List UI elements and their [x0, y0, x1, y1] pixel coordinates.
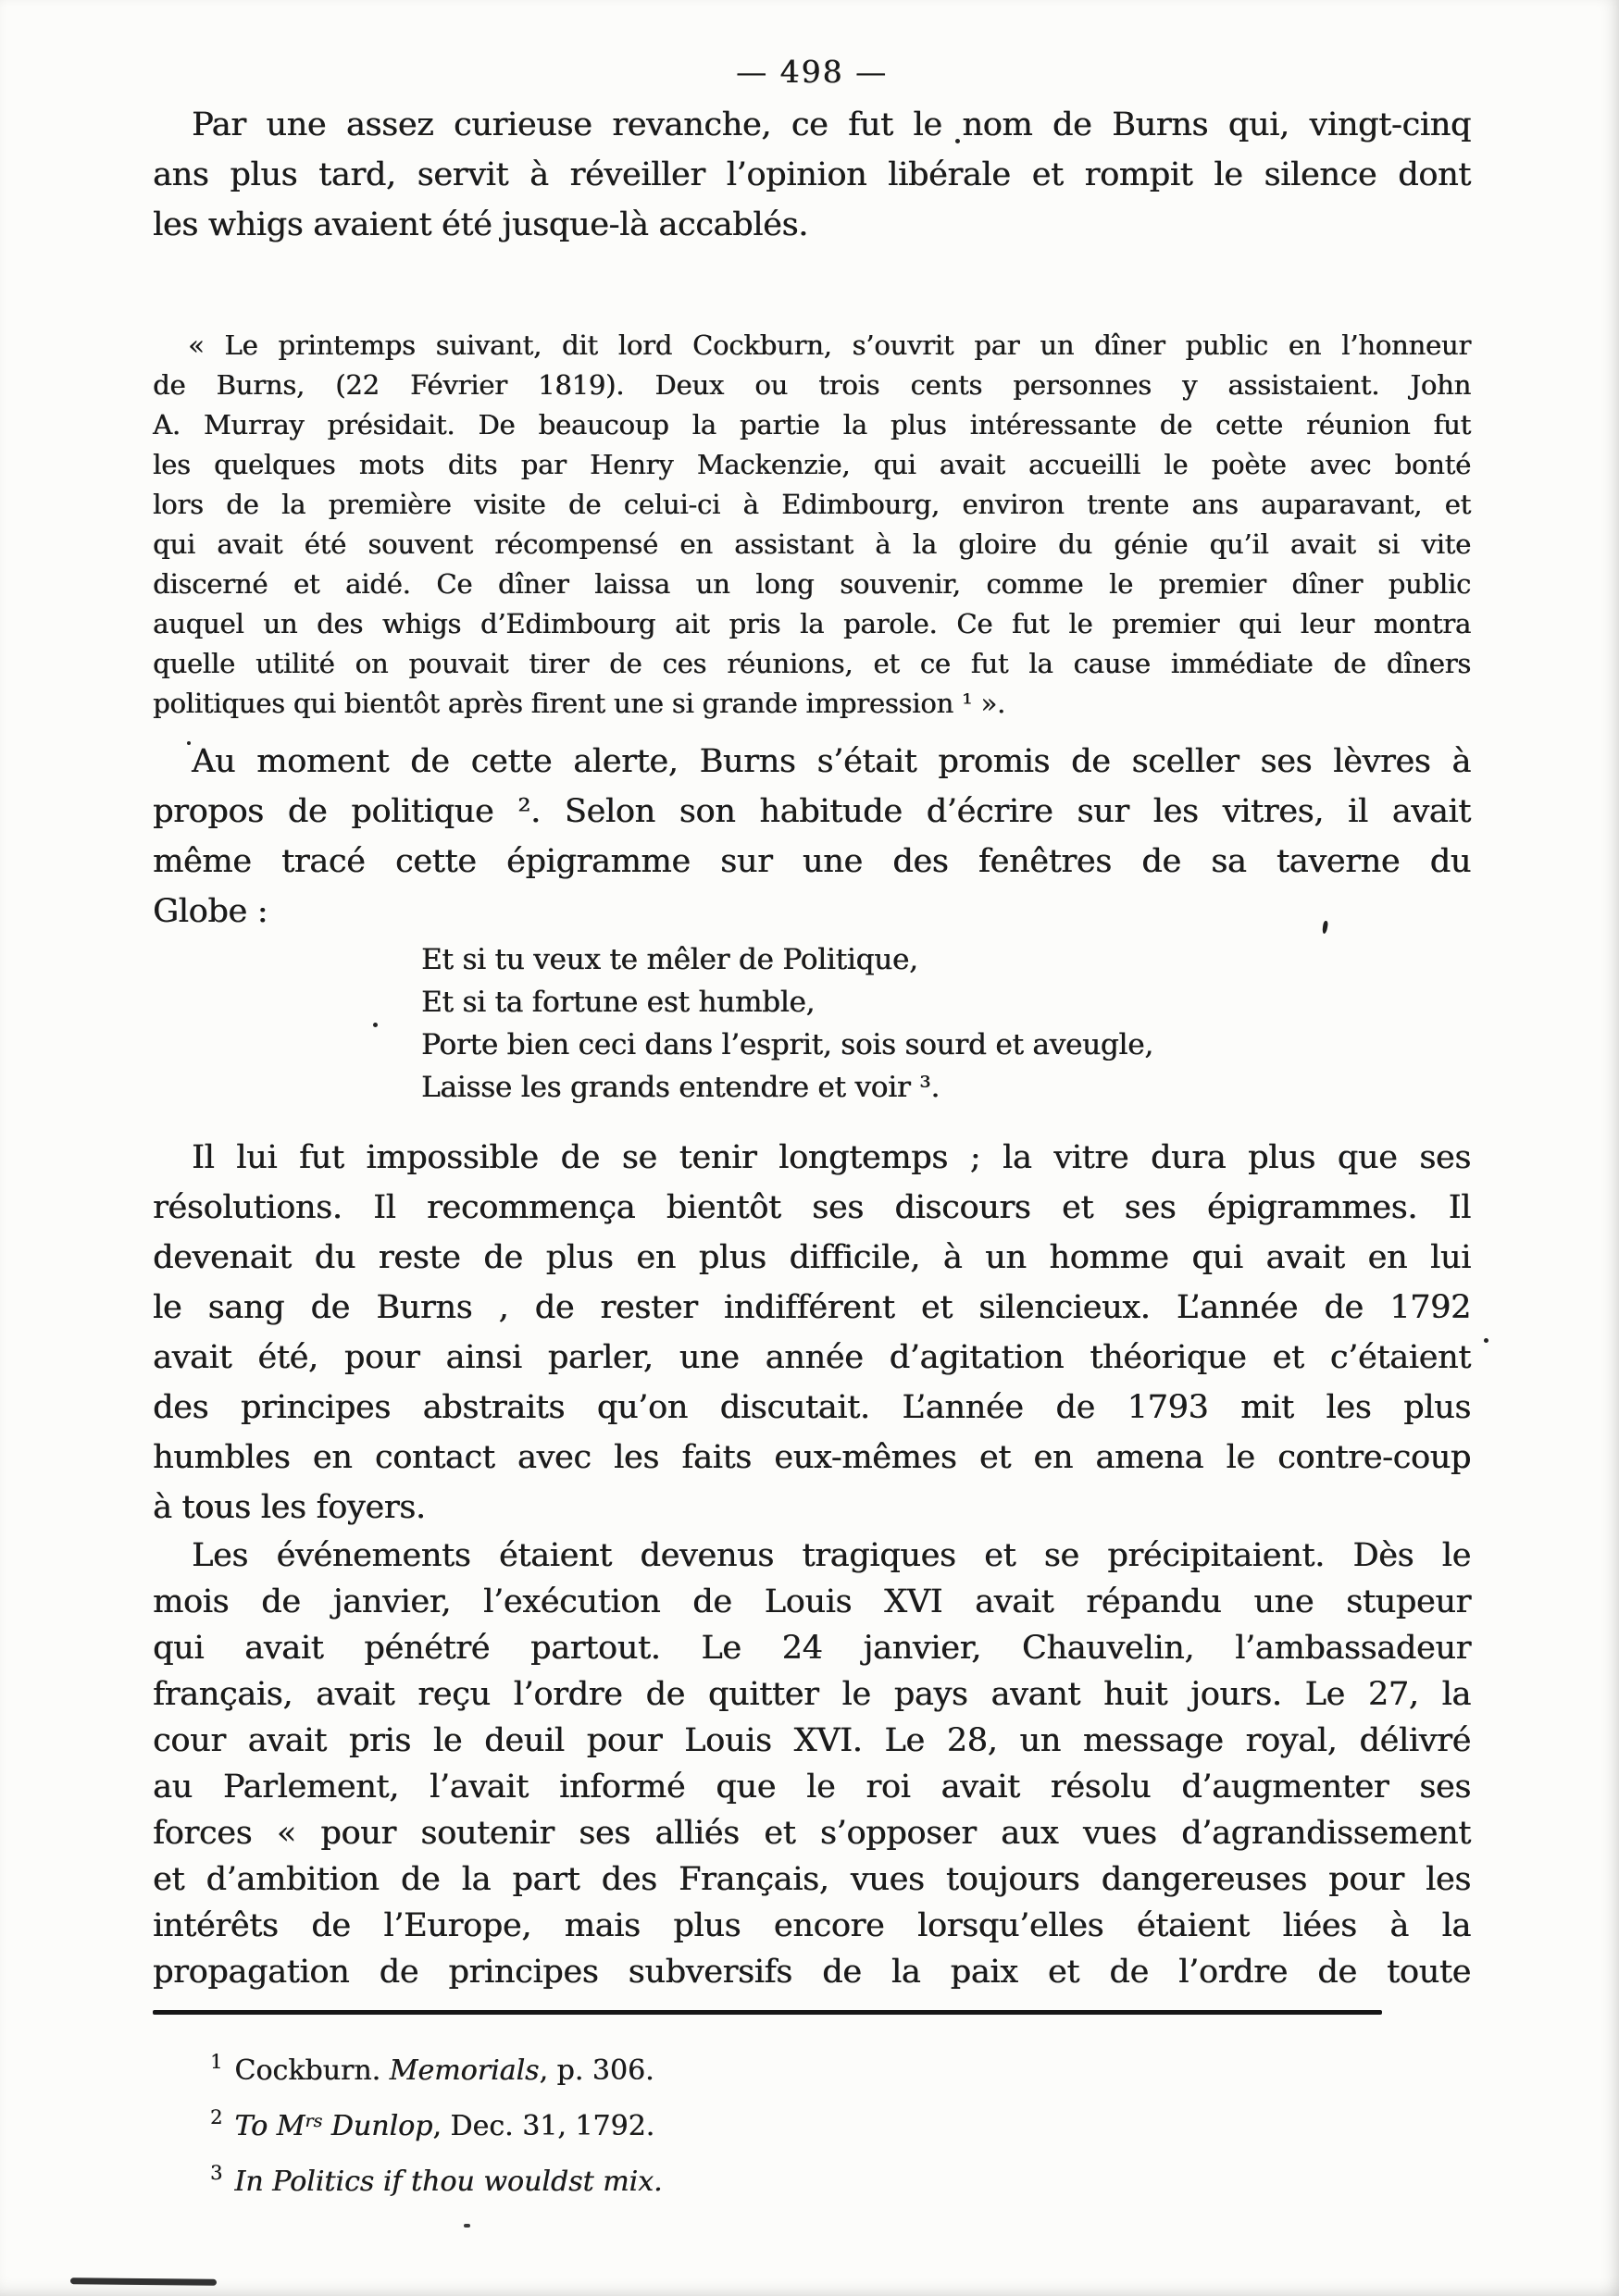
text-line: les whigs avaient été jusque-là accablés… — [153, 200, 1471, 250]
text-line: Et si ta fortune est humble, — [421, 981, 1471, 1024]
text-line: résolutions. Il recommença bientôt ses d… — [153, 1183, 1471, 1233]
text-line: ans plus tard, servit à réveiller l’opin… — [153, 150, 1471, 200]
text-line: Par une assez curieuse revanche, ce fut … — [153, 100, 1471, 150]
text-line: Et si tu veux te mêler de Politique, — [421, 938, 1471, 981]
text-line: « Le printemps suivant, dit lord Cockbur… — [153, 326, 1471, 366]
text-line: intérêts de l’Europe, mais plus encore l… — [153, 1903, 1471, 1949]
text-line: même tracé cette épigramme sur une des f… — [153, 837, 1471, 887]
text-line: mois de janvier, l’exécution de Louis XV… — [153, 1579, 1471, 1625]
text-line: Au moment de cette alerte, Burns s’était… — [153, 737, 1471, 787]
text-line: au Parlement, l’avait informé que le roi… — [153, 1764, 1471, 1810]
footnote-text-italic: In Politics if thou wouldst mix. — [234, 2166, 662, 2198]
footnote-2: 2To Mrs Dunlop, Dec. 31, 1792. — [210, 2094, 1471, 2150]
text-line: le sang de Burns , de rester indifférent… — [153, 1283, 1471, 1333]
paragraph-au-moment: Au moment de cette alerte, Burns s’était… — [153, 737, 1471, 937]
scan-speck — [464, 2224, 470, 2228]
text-column: — 498 — Par une assez curieuse revanche,… — [153, 52, 1471, 2205]
text-line: des principes abstraits qu’on discutait.… — [153, 1383, 1471, 1433]
text-line: les quelques mots dits par Henry Mackenz… — [153, 445, 1471, 485]
epigram-verse: Et si tu veux te mêler de Politique,Et s… — [421, 938, 1471, 1109]
footnote-rule — [153, 2010, 1382, 2015]
footnote-marker: 3 — [210, 2162, 222, 2184]
text-line: qui avait pénétré partout. Le 24 janvier… — [153, 1625, 1471, 1671]
text-line: français, avait reçu l’ordre de quitter … — [153, 1671, 1471, 1718]
text-line: forces « pour soutenir ses alliés et s’o… — [153, 1810, 1471, 1856]
page-number: — 498 — — [153, 52, 1471, 93]
scan-smudge — [70, 2277, 217, 2286]
text-line: propos de politique ². Selon son habitud… — [153, 787, 1471, 837]
scan-speck — [373, 1023, 378, 1027]
scan-speck — [187, 741, 191, 745]
text-line: Les événements étaient devenus tragiques… — [153, 1533, 1471, 1579]
text-line: de Burns, (22 Février 1819). Deux ou tro… — [153, 366, 1471, 405]
text-line: cour avait pris le deuil pour Louis XVI.… — [153, 1718, 1471, 1764]
paragraph-intro: Par une assez curieuse revanche, ce fut … — [153, 100, 1471, 250]
paragraph-les-evenements: Les événements étaient devenus tragiques… — [153, 1533, 1471, 1995]
text-line: auquel un des whigs d’Edimbourg ait pris… — [153, 604, 1471, 644]
text-line: discerné et aidé. Ce dîner laissa un lon… — [153, 565, 1471, 604]
footnote-text-italic: To M — [234, 2110, 305, 2142]
footnote-text-italic: Memorials — [390, 2054, 540, 2087]
footnote-marker: 2 — [210, 2106, 222, 2128]
text-line: Globe : — [153, 887, 1471, 937]
text-line: Laisse les grands entendre et voir ³. — [421, 1066, 1471, 1109]
text-line: A. Murray présidait. De beaucoup la part… — [153, 405, 1471, 445]
text-line: politiques qui bientôt après firent une … — [153, 684, 1471, 724]
footnotes: 1Cockburn. Memorials, p. 306. 2To Mrs Du… — [210, 2039, 1471, 2205]
footnote-text-roman: Cockburn. — [234, 2054, 389, 2087]
text-line: et d’ambition de la part des Français, v… — [153, 1856, 1471, 1903]
text-line: Porte bien ceci dans l’esprit, sois sour… — [421, 1024, 1471, 1066]
text-line: Il lui fut impossible de se tenir longte… — [153, 1133, 1471, 1183]
text-line: lors de la première visite de celui-ci à… — [153, 485, 1471, 525]
text-line: humbles en contact avec les faits eux-mê… — [153, 1433, 1471, 1483]
text-line: qui avait été souvent récompensé en assi… — [153, 525, 1471, 565]
text-line: avait été, pour ainsi parler, une année … — [153, 1333, 1471, 1383]
text-line: propagation de principes subversifs de l… — [153, 1949, 1471, 1995]
footnote-superscript: rs — [305, 2111, 322, 2131]
footnote-1: 1Cockburn. Memorials, p. 306. — [210, 2039, 1471, 2094]
scan-speck — [1484, 1338, 1488, 1343]
book-page: — 498 — Par une assez curieuse revanche,… — [0, 0, 1619, 2296]
footnote-3: 3In Politics if thou wouldst mix. — [210, 2150, 1471, 2205]
block-quote-cockburn: « Le printemps suivant, dit lord Cockbur… — [153, 326, 1471, 724]
footnote-text-roman: , Dec. 31, 1792. — [432, 2110, 654, 2142]
text-line: à tous les foyers. — [153, 1483, 1471, 1533]
text-line: devenait du reste de plus en plus diffic… — [153, 1233, 1471, 1283]
footnote-text-roman: , p. 306. — [539, 2054, 654, 2087]
footnote-text-italic: Dunlop — [322, 2110, 432, 2142]
paragraph-il-lui-fut: Il lui fut impossible de se tenir longte… — [153, 1133, 1471, 1533]
footnote-marker: 1 — [210, 2051, 222, 2073]
scan-speck — [955, 139, 960, 143]
text-line: quelle utilité on pouvait tirer de ces r… — [153, 644, 1471, 684]
